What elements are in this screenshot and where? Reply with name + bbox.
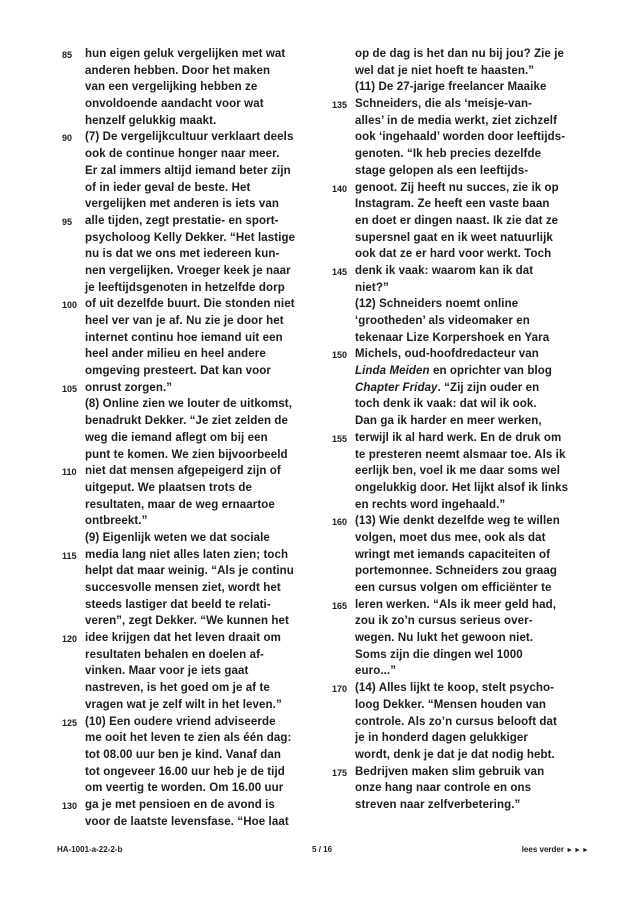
text-line: tot 08.00 uur ben je kind. Vanaf dan bbox=[57, 747, 327, 764]
line-text: streven naar zelfverbetering.” bbox=[355, 797, 520, 814]
line-number bbox=[327, 480, 355, 497]
text-line: 160 (13) Wie denkt dezelfde weg te wille… bbox=[327, 513, 597, 530]
line-number bbox=[327, 230, 355, 247]
text-line: henzelf gelukkig maakt. bbox=[57, 113, 327, 130]
text-line: nu is dat we ons met iedereen kun- bbox=[57, 246, 327, 263]
text-line: Dan ga ik harder en meer werken, bbox=[327, 413, 597, 430]
line-text: (14) Alles lijkt te koop, stelt psycho- bbox=[355, 680, 554, 697]
exam-code: HA-1001-a-22-2-b bbox=[57, 845, 122, 854]
line-number bbox=[327, 747, 355, 764]
text-line: vinken. Maar voor je iets gaat bbox=[57, 663, 327, 680]
line-text: media lang niet alles laten zien; toch bbox=[85, 547, 288, 564]
line-number bbox=[57, 280, 85, 297]
line-number bbox=[57, 113, 85, 130]
line-text: me ooit het leven te zien als één dag: bbox=[85, 730, 291, 747]
text-line: anderen hebben. Door het maken bbox=[57, 63, 327, 80]
line-text: vinken. Maar voor je iets gaat bbox=[85, 663, 248, 680]
text-line: toch denk ik vaak: dat wil ik ook. bbox=[327, 396, 597, 413]
line-number: 105 bbox=[57, 380, 85, 397]
line-number: 150 bbox=[327, 346, 355, 363]
exam-text-page: 85 hun eigen geluk vergelijken met wat a… bbox=[0, 0, 636, 900]
text-column-right: op de dag is het dan nu bij jou? Zie je … bbox=[327, 46, 597, 830]
line-number bbox=[57, 196, 85, 213]
line-number bbox=[327, 697, 355, 714]
line-text: Linda Meiden en oprichter van blog bbox=[355, 363, 552, 380]
text-line: 140 genoot. Zij heeft nu succes, zie ik … bbox=[327, 180, 597, 197]
line-number: 125 bbox=[57, 714, 85, 731]
line-number bbox=[57, 513, 85, 530]
line-number bbox=[327, 613, 355, 630]
line-text: Soms zijn die dingen wel 1000 bbox=[355, 647, 523, 664]
line-text: vragen wat je zelf wilt in het leven.” bbox=[85, 697, 282, 714]
line-text: euro...” bbox=[355, 663, 396, 680]
lees-verder-text: lees verder bbox=[522, 845, 564, 854]
line-number bbox=[327, 730, 355, 747]
text-line: omgeving presteert. Dat kan voor bbox=[57, 363, 327, 380]
line-number bbox=[57, 480, 85, 497]
line-text: wordt, denk je dat je dat nodig hebt. bbox=[355, 747, 555, 764]
text-line: 135 Schneiders, die als ‘meisje-van- bbox=[327, 96, 597, 113]
line-text: (10) Een oudere vriend adviseerde bbox=[85, 714, 276, 731]
line-number bbox=[327, 547, 355, 564]
line-number bbox=[57, 396, 85, 413]
text-line: ook dat ze er hard voor werkt. Toch bbox=[327, 246, 597, 263]
text-line: van een vergelijking hebben ze bbox=[57, 79, 327, 96]
line-text: ook ‘ingehaald’ worden door leeftijds- bbox=[355, 129, 565, 146]
line-number: 100 bbox=[57, 296, 85, 313]
line-number bbox=[327, 246, 355, 263]
text-line: 90 (7) De vergelijkcultuur verklaart dee… bbox=[57, 129, 327, 146]
line-text: (11) De 27-jarige freelancer Maaike bbox=[355, 79, 546, 96]
text-line: zou ik zo’n cursus serieus over- bbox=[327, 613, 597, 630]
text-line: voor de laatste levensfase. “Hoe laat bbox=[57, 814, 327, 831]
text-line: weg die iemand aflegt om bij een bbox=[57, 430, 327, 447]
text-line: ook de continue honger naar meer. bbox=[57, 146, 327, 163]
line-number: 140 bbox=[327, 180, 355, 197]
line-text: uitgeput. We plaatsen trots de bbox=[85, 480, 252, 497]
text-line: loog Dekker. “Mensen houden van bbox=[327, 697, 597, 714]
line-number: 155 bbox=[327, 430, 355, 447]
line-text: op de dag is het dan nu bij jou? Zie je bbox=[355, 46, 564, 63]
line-number bbox=[327, 797, 355, 814]
line-number: 110 bbox=[57, 463, 85, 480]
line-text: stage gelopen als een leeftijds- bbox=[355, 163, 528, 180]
line-number: 135 bbox=[327, 96, 355, 113]
text-line: 145 denk ik vaak: waarom kan ik dat bbox=[327, 263, 597, 280]
line-number bbox=[57, 263, 85, 280]
text-line: je in honderd dagen gelukkiger bbox=[327, 730, 597, 747]
line-text: Michels, oud-hoofdredacteur van bbox=[355, 346, 539, 363]
line-number bbox=[57, 330, 85, 347]
line-text: benadrukt Dekker. “Je ziet zelden de bbox=[85, 413, 288, 430]
line-number bbox=[327, 330, 355, 347]
text-line: punt te komen. We zien bijvoorbeeld bbox=[57, 447, 327, 464]
line-text: of uit dezelfde buurt. Die stonden niet bbox=[85, 296, 295, 313]
line-text: (8) Online zien we louter de uitkomst, bbox=[85, 396, 292, 413]
text-line: benadrukt Dekker. “Je ziet zelden de bbox=[57, 413, 327, 430]
line-number bbox=[57, 497, 85, 514]
text-line: en rechts word ingehaald.” bbox=[327, 497, 597, 514]
line-number bbox=[327, 280, 355, 297]
line-number bbox=[57, 613, 85, 630]
line-number: 160 bbox=[327, 513, 355, 530]
text-line: wordt, denk je dat je dat nodig hebt. bbox=[327, 747, 597, 764]
line-text: wegen. Nu lukt het gewoon niet. bbox=[355, 630, 533, 647]
line-number bbox=[57, 747, 85, 764]
text-line: eerlijk ben, voel ik me daar soms wel bbox=[327, 463, 597, 480]
text-line: ontbreekt.” bbox=[57, 513, 327, 530]
line-text: je leeftijdsgenoten in hetzelfde dorp bbox=[85, 280, 285, 297]
text-line: 125 (10) Een oudere vriend adviseerde bbox=[57, 714, 327, 731]
line-text: denk ik vaak: waarom kan ik dat bbox=[355, 263, 533, 280]
text-line: resultaten behalen en doelen af- bbox=[57, 647, 327, 664]
line-number bbox=[327, 146, 355, 163]
text-line: nen vergelijken. Vroeger keek je naar bbox=[57, 263, 327, 280]
line-text: tot ongeveer 16.00 uur heb je de tijd bbox=[85, 764, 285, 781]
line-text: niet?” bbox=[355, 280, 389, 297]
line-text: resultaten behalen en doelen af- bbox=[85, 647, 264, 664]
text-line: tekenaar Lize Korpershoek en Yara bbox=[327, 330, 597, 347]
text-line: een cursus volgen om efficiënter te bbox=[327, 580, 597, 597]
line-text: anderen hebben. Door het maken bbox=[85, 63, 270, 80]
line-text: onze hang naar controle en ons bbox=[355, 780, 531, 797]
line-text: (12) Schneiders noemt online bbox=[355, 296, 518, 313]
line-number bbox=[57, 430, 85, 447]
text-line: steeds lastiger dat beeld te relati- bbox=[57, 597, 327, 614]
page-number: 5 / 16 bbox=[122, 845, 521, 854]
line-number bbox=[327, 363, 355, 380]
line-number: 175 bbox=[327, 764, 355, 781]
line-number bbox=[57, 580, 85, 597]
text-line: helpt dat maar weinig. “Als je continu bbox=[57, 563, 327, 580]
text-line: vragen wat je zelf wilt in het leven.” bbox=[57, 697, 327, 714]
line-number bbox=[57, 146, 85, 163]
line-text: een cursus volgen om efficiënter te bbox=[355, 580, 552, 597]
line-number bbox=[327, 163, 355, 180]
line-text: onrust zorgen.” bbox=[85, 380, 172, 397]
text-line: veren”, zegt Dekker. “We kunnen het bbox=[57, 613, 327, 630]
line-number: 90 bbox=[57, 129, 85, 146]
line-text: punt te komen. We zien bijvoorbeeld bbox=[85, 447, 288, 464]
line-text: supersnel gaat en ik weet natuurlijk bbox=[355, 230, 553, 247]
text-line: 115 media lang niet alles laten zien; to… bbox=[57, 547, 327, 564]
text-line: 95 alle tijden, zegt prestatie- en sport… bbox=[57, 213, 327, 230]
text-line: te presteren neemt alsmaar toe. Als ik bbox=[327, 447, 597, 464]
line-text: te presteren neemt alsmaar toe. Als ik bbox=[355, 447, 565, 464]
text-line: streven naar zelfverbetering.” bbox=[327, 797, 597, 814]
line-text: hun eigen geluk vergelijken met wat bbox=[85, 46, 285, 63]
line-text: en doet er dingen naast. Ik zie dat ze bbox=[355, 213, 558, 230]
line-text: (9) Eigenlijk weten we dat sociale bbox=[85, 530, 270, 547]
line-number bbox=[327, 463, 355, 480]
line-number bbox=[327, 447, 355, 464]
text-line: 170 (14) Alles lijkt te koop, stelt psyc… bbox=[327, 680, 597, 697]
text-line: resultaten, maar de weg ernaartoe bbox=[57, 497, 327, 514]
line-number bbox=[327, 79, 355, 96]
text-line: euro...” bbox=[327, 663, 597, 680]
text-line: 110 niet dat mensen afgepeigerd zijn of bbox=[57, 463, 327, 480]
line-text: Chapter Friday. “Zij zijn ouder en bbox=[355, 380, 539, 397]
line-text: volgen, moet dus mee, ook als dat bbox=[355, 530, 546, 547]
line-text: alle tijden, zegt prestatie- en sport- bbox=[85, 213, 279, 230]
column-right-lines: op de dag is het dan nu bij jou? Zie je … bbox=[327, 46, 597, 814]
text-line: 155 terwijl ik al hard werk. En de druk … bbox=[327, 430, 597, 447]
line-number bbox=[57, 180, 85, 197]
line-text: niet dat mensen afgepeigerd zijn of bbox=[85, 463, 281, 480]
text-line: genoten. “Ik heb precies dezelfde bbox=[327, 146, 597, 163]
line-number: 145 bbox=[327, 263, 355, 280]
line-text: succesvolle mensen ziet, wordt het bbox=[85, 580, 281, 597]
line-number bbox=[327, 563, 355, 580]
text-line: wegen. Nu lukt het gewoon niet. bbox=[327, 630, 597, 647]
line-text: vergelijken met anderen is iets van bbox=[85, 196, 279, 213]
line-text: je in honderd dagen gelukkiger bbox=[355, 730, 528, 747]
text-line: 130 ga je met pensioen en de avond is bbox=[57, 797, 327, 814]
text-line: uitgeput. We plaatsen trots de bbox=[57, 480, 327, 497]
text-line: nastreven, is het goed om je af te bbox=[57, 680, 327, 697]
text-line: heel ander milieu en heel andere bbox=[57, 346, 327, 363]
line-number bbox=[327, 213, 355, 230]
column-left-lines: 85 hun eigen geluk vergelijken met wat a… bbox=[57, 46, 327, 830]
line-number: 130 bbox=[57, 797, 85, 814]
line-number: 165 bbox=[327, 597, 355, 614]
line-number bbox=[327, 630, 355, 647]
line-text: weg die iemand aflegt om bij een bbox=[85, 430, 268, 447]
line-text: (7) De vergelijkcultuur verklaart deels bbox=[85, 129, 293, 146]
text-line: op de dag is het dan nu bij jou? Zie je bbox=[327, 46, 597, 63]
line-text: ‘grootheden’ als videomaker en bbox=[355, 313, 530, 330]
line-number: 85 bbox=[57, 46, 85, 63]
line-number bbox=[57, 96, 85, 113]
line-text: leren werken. “Als ik meer geld had, bbox=[355, 597, 556, 614]
text-line: ‘grootheden’ als videomaker en bbox=[327, 313, 597, 330]
arrow-right-icon: ►►► bbox=[566, 847, 590, 854]
line-number bbox=[57, 530, 85, 547]
line-text: Dan ga ik harder en meer werken, bbox=[355, 413, 542, 430]
line-number bbox=[327, 63, 355, 80]
text-line: onze hang naar controle en ons bbox=[327, 780, 597, 797]
text-line: supersnel gaat en ik weet natuurlijk bbox=[327, 230, 597, 247]
line-text: helpt dat maar weinig. “Als je continu bbox=[85, 563, 294, 580]
text-line: Er zal immers altijd iemand beter zijn bbox=[57, 163, 327, 180]
text-line: je leeftijdsgenoten in hetzelfde dorp bbox=[57, 280, 327, 297]
text-line: internet continu hoe iemand uit een bbox=[57, 330, 327, 347]
text-column-left: 85 hun eigen geluk vergelijken met wat a… bbox=[57, 46, 327, 830]
line-number bbox=[57, 230, 85, 247]
line-number: 95 bbox=[57, 213, 85, 230]
text-columns: 85 hun eigen geluk vergelijken met wat a… bbox=[57, 46, 597, 830]
text-line: psycholoog Kelly Dekker. “Het lastige bbox=[57, 230, 327, 247]
line-number bbox=[57, 780, 85, 797]
line-text: Instagram. Ze heeft een vaste baan bbox=[355, 196, 550, 213]
text-line: 100 of uit dezelfde buurt. Die stonden n… bbox=[57, 296, 327, 313]
line-number bbox=[327, 530, 355, 547]
text-line: controle. Als zo’n cursus belooft dat bbox=[327, 714, 597, 731]
text-line: (8) Online zien we louter de uitkomst, bbox=[57, 396, 327, 413]
text-line: 105 onrust zorgen.” bbox=[57, 380, 327, 397]
line-number: 120 bbox=[57, 630, 85, 647]
line-text: Schneiders, die als ‘meisje-van- bbox=[355, 96, 532, 113]
line-number bbox=[327, 296, 355, 313]
line-text: ook de continue honger naar meer. bbox=[85, 146, 279, 163]
line-number bbox=[57, 764, 85, 781]
line-number bbox=[57, 814, 85, 831]
line-number bbox=[327, 196, 355, 213]
line-number bbox=[57, 313, 85, 330]
text-line: 165 leren werken. “Als ik meer geld had, bbox=[327, 597, 597, 614]
line-text: wringt met iemands capaciteiten of bbox=[355, 547, 550, 564]
text-line: 150 Michels, oud-hoofdredacteur van bbox=[327, 346, 597, 363]
lees-verder-label: lees verder ►►► bbox=[522, 845, 590, 854]
line-number bbox=[327, 780, 355, 797]
text-line: wel dat je niet hoeft te haasten.” bbox=[327, 63, 597, 80]
text-line: tot ongeveer 16.00 uur heb je de tijd bbox=[57, 764, 327, 781]
text-line: niet?” bbox=[327, 280, 597, 297]
text-line: heel ver van je af. Nu zie je door het bbox=[57, 313, 327, 330]
page-footer: HA-1001-a-22-2-b 5 / 16 lees verder ►►► bbox=[57, 845, 590, 854]
text-line: en doet er dingen naast. Ik zie dat ze bbox=[327, 213, 597, 230]
text-line: 85 hun eigen geluk vergelijken met wat bbox=[57, 46, 327, 63]
text-line: (9) Eigenlijk weten we dat sociale bbox=[57, 530, 327, 547]
line-text: henzelf gelukkig maakt. bbox=[85, 113, 216, 130]
line-number bbox=[57, 79, 85, 96]
line-text: zou ik zo’n cursus serieus over- bbox=[355, 613, 533, 630]
text-line: Linda Meiden en oprichter van blog bbox=[327, 363, 597, 380]
line-text: loog Dekker. “Mensen houden van bbox=[355, 697, 546, 714]
text-line: alles’ in de media werkt, ziet zichzelf bbox=[327, 113, 597, 130]
line-text: tot 08.00 uur ben je kind. Vanaf dan bbox=[85, 747, 281, 764]
line-text: portemonnee. Schneiders zou graag bbox=[355, 563, 557, 580]
line-text: heel ander milieu en heel andere bbox=[85, 346, 266, 363]
line-number bbox=[57, 647, 85, 664]
line-text: genoten. “Ik heb precies dezelfde bbox=[355, 146, 541, 163]
line-text: nen vergelijken. Vroeger keek je naar bbox=[85, 263, 291, 280]
line-number bbox=[327, 46, 355, 63]
line-number bbox=[57, 163, 85, 180]
text-line: (11) De 27-jarige freelancer Maaike bbox=[327, 79, 597, 96]
line-text: psycholoog Kelly Dekker. “Het lastige bbox=[85, 230, 295, 247]
line-text: omgeving presteert. Dat kan voor bbox=[85, 363, 271, 380]
line-text: nastreven, is het goed om je af te bbox=[85, 680, 270, 697]
line-text: om veertig te worden. Om 16.00 uur bbox=[85, 780, 283, 797]
line-number bbox=[327, 113, 355, 130]
line-text: heel ver van je af. Nu zie je door het bbox=[85, 313, 284, 330]
line-number bbox=[57, 563, 85, 580]
line-number bbox=[327, 663, 355, 680]
line-number bbox=[327, 647, 355, 664]
line-number bbox=[57, 730, 85, 747]
line-number bbox=[57, 413, 85, 430]
line-number bbox=[327, 497, 355, 514]
line-text: Er zal immers altijd iemand beter zijn bbox=[85, 163, 291, 180]
line-text: ongelukkig door. Het lijkt alsof ik link… bbox=[355, 480, 568, 497]
text-line: ook ‘ingehaald’ worden door leeftijds- bbox=[327, 129, 597, 146]
line-text: van een vergelijking hebben ze bbox=[85, 79, 257, 96]
line-text: en rechts word ingehaald.” bbox=[355, 497, 505, 514]
line-text: wel dat je niet hoeft te haasten.” bbox=[355, 63, 534, 80]
line-number bbox=[57, 346, 85, 363]
text-line: 175 Bedrijven maken slim gebruik van bbox=[327, 764, 597, 781]
line-text: toch denk ik vaak: dat wil ik ook. bbox=[355, 396, 537, 413]
line-number bbox=[327, 313, 355, 330]
line-number bbox=[57, 447, 85, 464]
line-text: resultaten, maar de weg ernaartoe bbox=[85, 497, 275, 514]
line-number: 170 bbox=[327, 680, 355, 697]
line-text: controle. Als zo’n cursus belooft dat bbox=[355, 714, 557, 731]
text-line: Chapter Friday. “Zij zijn ouder en bbox=[327, 380, 597, 397]
line-text: internet continu hoe iemand uit een bbox=[85, 330, 283, 347]
line-text: ga je met pensioen en de avond is bbox=[85, 797, 275, 814]
text-line: Instagram. Ze heeft een vaste baan bbox=[327, 196, 597, 213]
line-text: eerlijk ben, voel ik me daar soms wel bbox=[355, 463, 560, 480]
line-number bbox=[57, 63, 85, 80]
line-number bbox=[57, 597, 85, 614]
line-number bbox=[327, 714, 355, 731]
line-number bbox=[327, 129, 355, 146]
text-line: succesvolle mensen ziet, wordt het bbox=[57, 580, 327, 597]
text-line: 120 idee krijgen dat het leven draait om bbox=[57, 630, 327, 647]
text-line: om veertig te worden. Om 16.00 uur bbox=[57, 780, 327, 797]
text-line: portemonnee. Schneiders zou graag bbox=[327, 563, 597, 580]
line-number bbox=[327, 380, 355, 397]
line-text: Bedrijven maken slim gebruik van bbox=[355, 764, 544, 781]
line-number bbox=[327, 413, 355, 430]
text-line: wringt met iemands capaciteiten of bbox=[327, 547, 597, 564]
line-text: voor de laatste levensfase. “Hoe laat bbox=[85, 814, 289, 831]
line-text: genoot. Zij heeft nu succes, zie ik op bbox=[355, 180, 559, 197]
line-text: steeds lastiger dat beeld te relati- bbox=[85, 597, 271, 614]
line-number bbox=[57, 246, 85, 263]
line-text: tekenaar Lize Korpershoek en Yara bbox=[355, 330, 549, 347]
text-line: vergelijken met anderen is iets van bbox=[57, 196, 327, 213]
line-number bbox=[57, 363, 85, 380]
text-line: of in ieder geval de beste. Het bbox=[57, 180, 327, 197]
text-line: onvoldoende aandacht voor wat bbox=[57, 96, 327, 113]
line-number bbox=[327, 580, 355, 597]
line-number: 115 bbox=[57, 547, 85, 564]
line-text: alles’ in de media werkt, ziet zichzelf bbox=[355, 113, 557, 130]
text-line: (12) Schneiders noemt online bbox=[327, 296, 597, 313]
text-line: ongelukkig door. Het lijkt alsof ik link… bbox=[327, 480, 597, 497]
line-text: nu is dat we ons met iedereen kun- bbox=[85, 246, 279, 263]
line-text: terwijl ik al hard werk. En de druk om bbox=[355, 430, 561, 447]
line-text: ook dat ze er hard voor werkt. Toch bbox=[355, 246, 551, 263]
line-number bbox=[327, 396, 355, 413]
line-text: (13) Wie denkt dezelfde weg te willen bbox=[355, 513, 560, 530]
line-text: idee krijgen dat het leven draait om bbox=[85, 630, 281, 647]
line-text: of in ieder geval de beste. Het bbox=[85, 180, 250, 197]
line-text: ontbreekt.” bbox=[85, 513, 147, 530]
line-text: veren”, zegt Dekker. “We kunnen het bbox=[85, 613, 289, 630]
line-number bbox=[57, 680, 85, 697]
line-number bbox=[57, 663, 85, 680]
text-line: stage gelopen als een leeftijds- bbox=[327, 163, 597, 180]
line-text: onvoldoende aandacht voor wat bbox=[85, 96, 264, 113]
text-line: Soms zijn die dingen wel 1000 bbox=[327, 647, 597, 664]
text-line: me ooit het leven te zien als één dag: bbox=[57, 730, 327, 747]
text-line: volgen, moet dus mee, ook als dat bbox=[327, 530, 597, 547]
line-number bbox=[57, 697, 85, 714]
